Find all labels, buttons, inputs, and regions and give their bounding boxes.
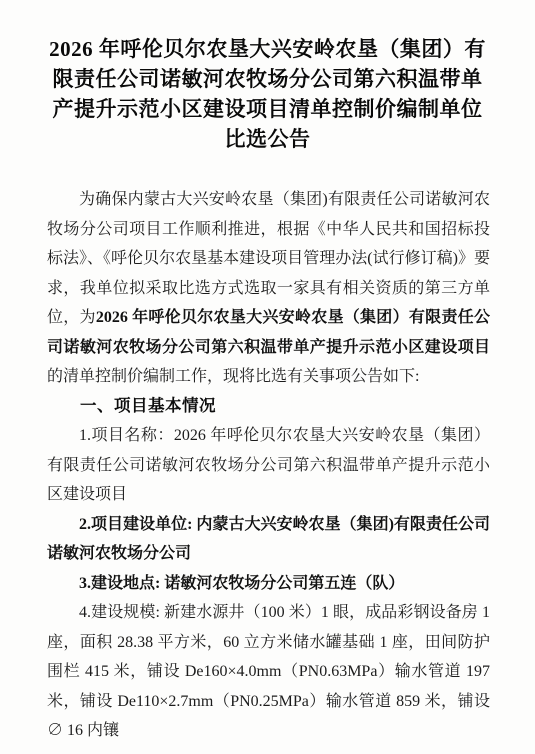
item-construction-site: 3.建设地点: 诺敏河农牧场分公司第五连（队） [47,569,490,599]
document-body: 为确保内蒙古大兴安岭农垦（集团)有限责任公司诺敏河农牧场分公司项目工作顺利推进，… [47,185,490,746]
section-heading-basic-info: 一、项目基本情况 [47,392,490,422]
title-line: 比选公告 [42,124,493,154]
item-project-name: 1.项目名称：2026 年呼伦贝尔农垦大兴安岭农垦（集团）有限责任公司诺敏河农牧… [47,421,490,510]
intro-text-tail: 的清单控制价编制工作，现将比选有关事项公告如下: [47,368,419,385]
document-page: 2026 年呼伦贝尔农垦大兴安岭农垦（集团）有 限责任公司诺敏河农牧场分公司第六… [0,0,535,754]
intro-paragraph: 为确保内蒙古大兴安岭农垦（集团)有限责任公司诺敏河农牧场分公司项目工作顺利推进，… [47,185,490,392]
item-construction-scale: 4.建设规模: 新建水源井（100 米）1 眼，成品彩钢设备房 1 座，面积 2… [47,598,490,746]
item-construction-unit: 2.项目建设单位: 内蒙古大兴安岭农垦（集团)有限责任公司诺敏河农牧场分公司 [47,510,490,569]
title-line: 产提升示范小区建设项目清单控制价编制单位 [42,94,493,124]
title-line: 限责任公司诺敏河农牧场分公司第六积温带单 [42,64,493,94]
title-line: 2026 年呼伦贝尔农垦大兴安岭农垦（集团）有 [42,34,493,64]
intro-text-lead: 为确保内蒙古大兴安岭农垦（集团)有限责任公司诺敏河农牧场分公司项目工作顺利推进，… [47,191,490,326]
document-title: 2026 年呼伦贝尔农垦大兴安岭农垦（集团）有 限责任公司诺敏河农牧场分公司第六… [42,34,493,154]
intro-project-name: 2026 年呼伦贝尔农垦大兴安岭农垦（集团）有限责任公司诺敏河农牧场分公司第六积… [47,309,490,356]
